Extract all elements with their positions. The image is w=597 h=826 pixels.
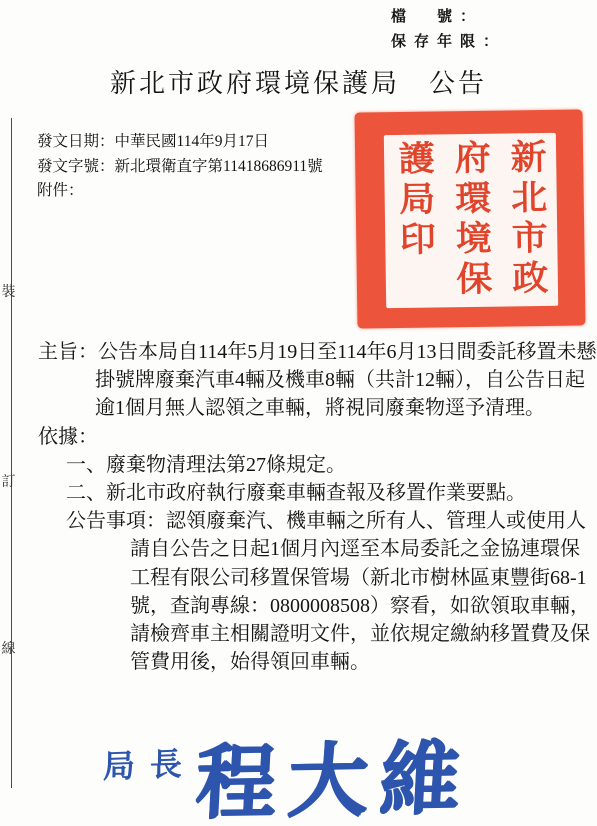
binding-mark-zhuang: 裝 xyxy=(0,281,17,301)
file-number-label: 檔 號： xyxy=(391,5,506,30)
official-seal: 新北市政府環境保護局印 xyxy=(355,109,586,328)
document-title: 新北市政府環境保護局 公告 xyxy=(0,63,597,100)
official-seal-text: 新北市政府環境保護局印 xyxy=(386,138,556,304)
archive-labels: 檔 號： 保存年限： xyxy=(391,5,506,55)
binding-mark-xian: 線 xyxy=(0,638,17,658)
announcement-label: 公告事項： xyxy=(66,510,166,532)
director-title: 局長 xyxy=(103,738,198,787)
retention-period-label: 保存年限： xyxy=(391,30,506,55)
attachment-row: 附件： xyxy=(37,179,323,204)
doc-number-value: 新北環衛直字第11418686911號 xyxy=(115,158,323,175)
announcement-line: 公告事項：認領廢棄汽、機車輛之所有人、管理人或使用人 xyxy=(66,507,578,535)
announcement-text: 認領廢棄汽、機車輛之所有人、管理人或使用人 xyxy=(166,510,586,532)
binding-line xyxy=(11,118,12,788)
attachment-label: 附件： xyxy=(37,182,84,199)
announcement-line: 管費用後，始得領回車輛。 xyxy=(130,648,578,676)
issue-date-value: 中華民國114年9月17日 xyxy=(115,133,269,150)
announcement-line: 請自公告之日起1個月內逕至本局委託之金協連環保 xyxy=(130,535,578,563)
subject-line: 主旨：公告本局自114年5月19日至114年6月13日間委託移置未懸 xyxy=(38,338,578,366)
doc-number-row: 發文字號：新北環衛直字第11418686911號 xyxy=(37,155,323,180)
basis-item: 一、廢棄物清理法第27條規定。 xyxy=(66,451,578,479)
issue-date-label: 發文日期： xyxy=(37,133,115,150)
binding-mark-ding: 訂 xyxy=(0,471,17,491)
announcement-line: 號，查詢專線：0800008508）察看，如欲領取車輛， xyxy=(130,592,578,620)
subject-line: 掛號牌廢棄汽車4輛及機車8輛（共計12輛），自公告日起 xyxy=(95,366,578,394)
document-body: 主旨：公告本局自114年5月19日至114年6月13日間委託移置未懸 掛號牌廢棄… xyxy=(38,338,578,676)
subject-text: 公告本局自114年5月19日至114年6月13日間委託移置未懸 xyxy=(98,341,597,363)
official-seal-face: 新北市政府環境保護局印 xyxy=(384,133,558,308)
basis-item: 二、新北市政府執行廢棄車輛查報及移置作業要點。 xyxy=(66,479,578,507)
issue-date-row: 發文日期：中華民國114年9月17日 xyxy=(37,130,323,155)
announcement-line: 請檢齊車主相關證明文件，並依規定繳納移置費及保 xyxy=(130,620,578,648)
announcement-line: 工程有限公司移置保管場（新北市樹林區東豐街68-1 xyxy=(130,564,578,592)
document-page: 裝 訂 線 檔 號： 保存年限： 新北市政府環境保護局 公告 發文日期：中華民國… xyxy=(0,0,597,826)
subject-line: 逾1個月無人認領之車輛，將視同廢棄物逕予清理。 xyxy=(95,394,578,422)
meta-block: 發文日期：中華民國114年9月17日 發文字號：新北環衛直字第114186869… xyxy=(37,130,323,204)
basis-label: 依據： xyxy=(38,423,578,451)
doc-number-label: 發文字號： xyxy=(37,158,115,175)
subject-label: 主旨： xyxy=(38,341,98,363)
director-signature: 程大維 xyxy=(193,714,475,826)
